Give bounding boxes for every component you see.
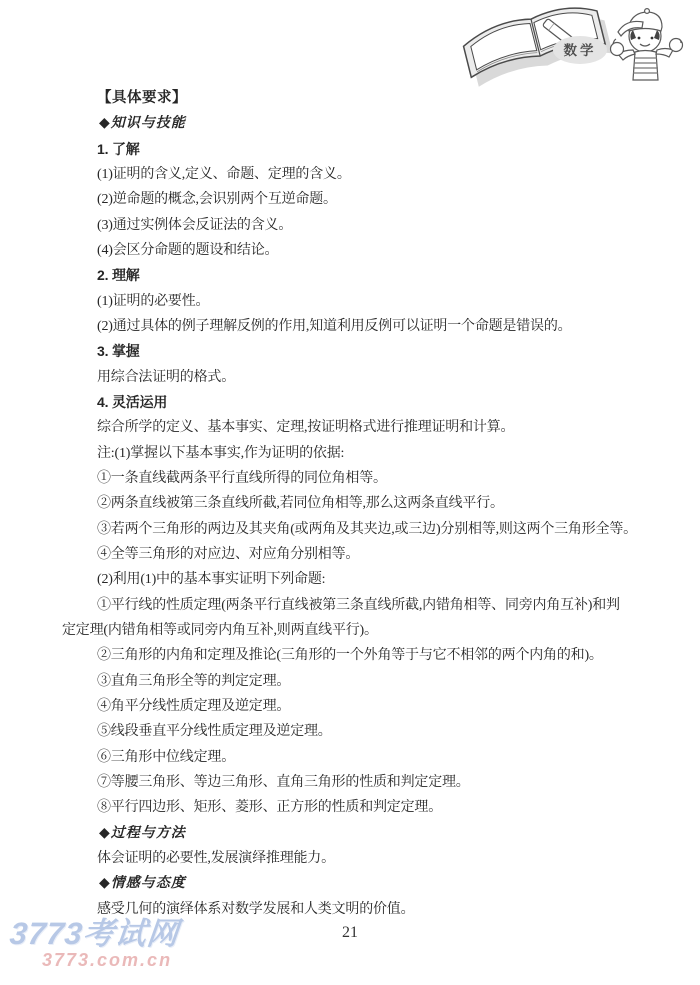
text-line: (1)证明的必要性。 [62, 289, 668, 314]
text-line: ④全等三角形的对应边、对应角分别相等。 [62, 542, 668, 567]
text-line: 定定理(内错角相等或同旁内角互补,则两直线平行)。 [62, 618, 668, 643]
subject-badge-label: 数学 [564, 42, 597, 58]
heading-level-4: 4. 灵活运用 [62, 390, 668, 415]
text-line: ⑧平行四边形、矩形、菱形、正方形的性质和判定定理。 [62, 795, 668, 820]
watermark-site-url: 3773.com.cn [42, 951, 179, 969]
heading-level-3: 3. 掌握 [62, 339, 668, 364]
header-illustration: 数学 [450, 0, 695, 88]
text-line: ⑤线段垂直平分线性质定理及逆定理。 [62, 719, 668, 744]
page-number: 21 [0, 924, 700, 942]
text-line: (2)利用(1)中的基本事实证明下列命题: [62, 567, 668, 592]
text-line: ③直角三角形全等的判定定理。 [62, 669, 668, 694]
heading-emotion-attitude: ◆情感与态度 [62, 871, 668, 896]
section-title: 【具体要求】 [62, 86, 668, 111]
text-line: ①平行线的性质定理(两条平行直线被第三条直线所截,内错角相等、同旁内角互补)和判 [62, 593, 668, 618]
text-line: ⑥三角形中位线定理。 [62, 745, 668, 770]
header-illustration-svg: 数学 [450, 0, 695, 88]
text-line: ⑦等腰三角形、等边三角形、直角三角形的性质和判定定理。 [62, 770, 668, 795]
heading-level-1: 1. 了解 [62, 137, 668, 162]
text-line: (3)通过实例体会反证法的含义。 [62, 213, 668, 238]
student-cartoon [611, 9, 683, 80]
text-line: ②两条直线被第三条直线所截,若同位角相等,那么这两条直线平行。 [62, 491, 668, 516]
text-line: 用综合法证明的格式。 [62, 365, 668, 390]
text-line: (4)会区分命题的题设和结论。 [62, 238, 668, 263]
text-line: (2)逆命题的概念,会识别两个互逆命题。 [62, 187, 668, 212]
heading-level-2: 2. 理解 [62, 263, 668, 288]
document-page: 数学 [0, 0, 700, 985]
heading-process-methods: ◆过程与方法 [62, 821, 668, 846]
text-line: 综合所学的定义、基本事实、定理,按证明格式进行推理证明和计算。 [62, 415, 668, 440]
text-line: ③若两个三角形的两边及其夹角(或两角及其夹边,或三边)分别相等,则这两个三角形全… [62, 517, 668, 542]
subject-badge: 数学 [553, 36, 607, 64]
text-line: ④角平分线性质定理及逆定理。 [62, 694, 668, 719]
text-line: ①一条直线截两条平行直线所得的同位角相等。 [62, 466, 668, 491]
text-line: ②三角形的内角和定理及推论(三角形的一个外角等于与它不相邻的两个内角的和)。 [62, 643, 668, 668]
heading-knowledge-skills: ◆知识与技能 [62, 111, 668, 136]
page-content: 【具体要求】 ◆知识与技能 1. 了解 (1)证明的含义,定义、命题、定理的含义… [62, 86, 668, 922]
text-line: (2)通过具体的例子理解反例的作用,知道利用反例可以证明一个命题是错误的。 [62, 314, 668, 339]
text-line: (1)证明的含义,定义、命题、定理的含义。 [62, 162, 668, 187]
text-line: 体会证明的必要性,发展演绎推理能力。 [62, 846, 668, 871]
text-line: 注:(1)掌握以下基本事实,作为证明的依据: [62, 441, 668, 466]
